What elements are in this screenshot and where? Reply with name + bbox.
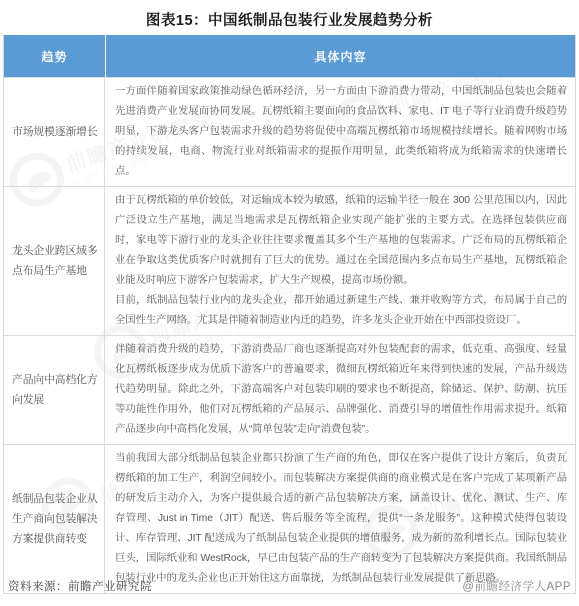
table-header-row: 趋势 具体内容 xyxy=(4,35,575,77)
header-cell-trend: 趋势 xyxy=(4,35,106,77)
content-cell: 由于瓦楞纸箱的单价较低，对运输成本较为敏感，纸箱的运输半径一般在 300 公里范… xyxy=(105,187,575,335)
page-title: 图表15：中国纸制品包装行业发展趋势分析 xyxy=(0,0,579,34)
source-note: 资料来源：前瞻产业研究院 xyxy=(8,578,152,594)
header-cell-content: 具体内容 xyxy=(106,35,575,77)
page-footer: 资料来源：前瞻产业研究院 @前瞻经济学人APP xyxy=(0,578,579,594)
app-credit: @前瞻经济学人APP xyxy=(462,578,571,594)
trend-cell: 市场规模逐渐增长 xyxy=(4,78,105,186)
trend-cell: 龙头企业跨区域多点布局生产基地 xyxy=(4,187,105,335)
trends-table: 趋势 具体内容 市场规模逐渐增长 一方面伴随着国家政策推动绿色循环经济，另一方面… xyxy=(3,35,576,594)
table-row-market-growth: 市场规模逐渐增长 一方面伴随着国家政策推动绿色循环经济，另一方面由下游消费力带动… xyxy=(4,77,575,186)
table-row-solution-provider: 纸制品包装企业从生产商向包装解决方案提供商转变 当前我国大部分纸制品包装企业都只… xyxy=(4,444,575,593)
content-cell: 伴随着消费升级的趋势，下游消费品厂商也逐渐提高对外包装配套的需求，低克重、高强度… xyxy=(105,336,575,444)
trend-cell: 纸制品包装企业从生产商向包装解决方案提供商转变 xyxy=(4,445,105,593)
content-cell: 一方面伴随着国家政策推动绿色循环经济，另一方面由下游消费力带动，中国纸制品包装也… xyxy=(105,78,575,186)
trend-cell: 产品向中高档化方向发展 xyxy=(4,336,105,444)
content-cell: 当前我国大部分纸制品包装企业都只扮演了生产商的角色，即仅在客户提供了设计方案后，… xyxy=(105,445,575,593)
table-row-mid-high-end: 产品向中高档化方向发展 伴随着消费升级的趋势，下游消费品厂商也逐渐提高对外包装配… xyxy=(4,335,575,444)
table-row-multi-site-layout: 龙头企业跨区域多点布局生产基地 由于瓦楞纸箱的单价较低，对运输成本较为敏感，纸箱… xyxy=(4,186,575,335)
